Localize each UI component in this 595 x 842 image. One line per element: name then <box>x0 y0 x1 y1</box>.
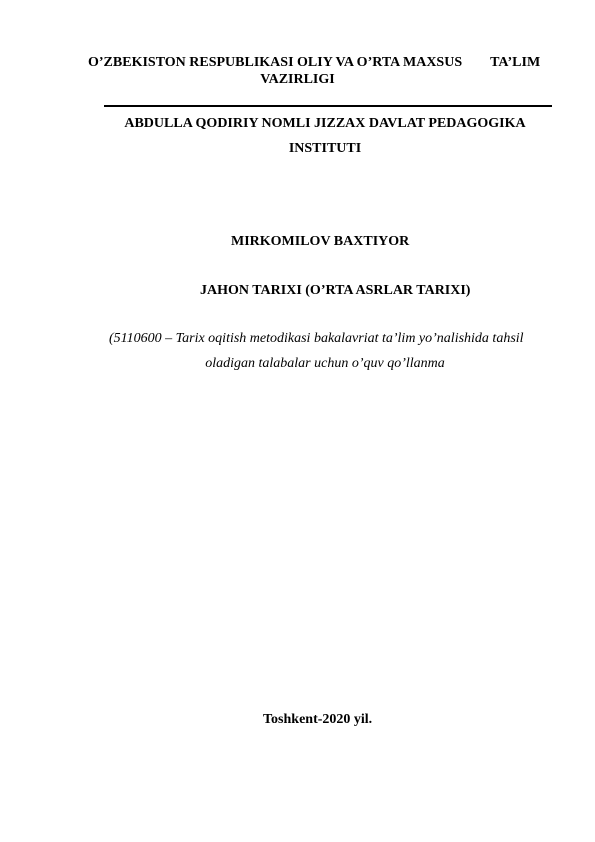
book-subtitle-line1: (5110600 – Tarix oqitish metodikasi baka… <box>109 331 524 347</box>
institute-heading-line1: ABDULLA QODIRIY NOMLI JIZZAX DAVLAT PEDA… <box>0 116 595 132</box>
ministry-name: O’ZBEKISTON RESPUBLIKASI OLIY VA O’RTA M… <box>88 55 462 70</box>
book-subtitle-line2: oladigan talabalar uchun o’quv qo’llanma <box>0 356 595 372</box>
ministry-name-continued: TA’LIM <box>490 55 540 70</box>
institute-heading-line2: INSTITUTI <box>0 141 595 157</box>
author-name: MIRKOMILOV BAXTIYOR <box>231 234 409 250</box>
book-title: JAHON TARIXI (O’RTA ASRLAR TARIXI) <box>200 283 470 299</box>
ministry-heading-line2: VAZIRLIGI <box>0 72 595 88</box>
publication-place-year: Toshkent-2020 yil. <box>263 712 372 728</box>
header-divider <box>104 105 552 107</box>
ministry-heading-line1: O’ZBEKISTON RESPUBLIKASI OLIY VA O’RTA M… <box>88 55 540 71</box>
